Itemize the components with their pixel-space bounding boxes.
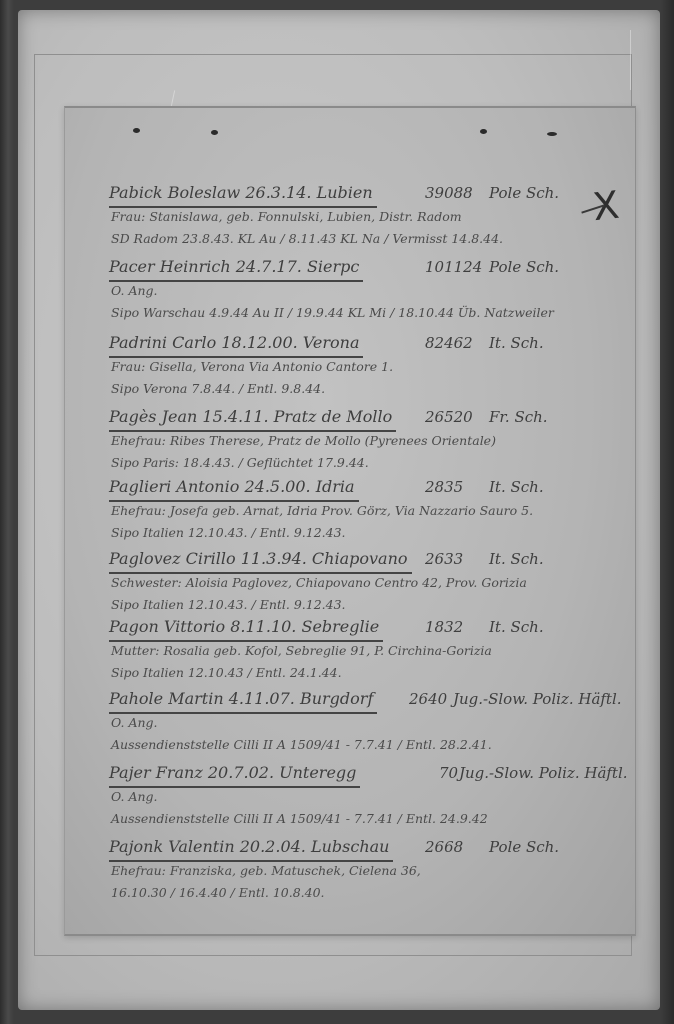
entry-category: It. Sch. [489, 330, 544, 356]
card-entry: Pajer Franz 20.7.02. Unteregg 70 Jug.-Sl… [109, 760, 619, 830]
punch-hole [133, 128, 140, 133]
card-entry: Pacer Heinrich 24.7.17. Sierpc 101124 Po… [109, 254, 619, 324]
entry-name-birth: Pagès Jean 15.4.11. Pratz de Mollo [109, 404, 396, 432]
entry-number: 2668 [425, 834, 463, 860]
punch-hole [480, 129, 487, 134]
entry-name: Pagon Vittorio [109, 617, 225, 636]
entry-category: Fr. Sch. [489, 404, 548, 430]
entry-detail-line: Frau: Stanislawa, geb. Fonnulski, Lubien… [109, 206, 619, 228]
card-entry: Pahole Martin 4.11.07. Burgdorf 2640 Jug… [109, 686, 619, 756]
entry-name: Pajonk Valentin [109, 837, 235, 856]
entry-number: 101124 [425, 254, 482, 280]
card-entry: Padrini Carlo 18.12.00. Verona 82462 It.… [109, 330, 619, 400]
entry-number: 82462 [425, 330, 473, 356]
entry-details: O. Ang.Aussendienststelle Cilli II A 150… [109, 786, 619, 830]
entry-detail-line: Sipo Paris: 18.4.43. / Geflüchtet 17.9.4… [109, 452, 619, 474]
entry-name-birth: Pagon Vittorio 8.11.10. Sebreglie [109, 614, 383, 642]
entry-details: Frau: Stanislawa, geb. Fonnulski, Lubien… [109, 206, 619, 250]
entry-header: Padrini Carlo 18.12.00. Verona 82462 It.… [109, 330, 619, 356]
entry-detail-line: O. Ang. [109, 280, 619, 302]
entry-details: O. Ang.Sipo Warschau 4.9.44 Au II / 19.9… [109, 280, 619, 324]
card-entry: Pajonk Valentin 20.2.04. Lubschau 2668 P… [109, 834, 619, 904]
entry-detail-line: SD Radom 23.8.43. KL Au / 8.11.43 KL Na … [109, 228, 619, 250]
entry-detail-line: Aussendienststelle Cilli II A 1509/41 - … [109, 808, 619, 830]
entry-birth: 20.7.02. Unteregg [208, 763, 357, 782]
microfilm-scan: X Pabick Boleslaw 26.3.14. Lubien 39088 … [0, 0, 674, 1024]
entry-name-birth: Pabick Boleslaw 26.3.14. Lubien [109, 180, 377, 208]
entry-detail-line: 16.10.30 / 16.4.40 / Entl. 10.8.40. [109, 882, 619, 904]
entry-name-birth: Pajer Franz 20.7.02. Unteregg [109, 760, 360, 788]
card-entry: Pabick Boleslaw 26.3.14. Lubien 39088 Po… [109, 180, 619, 250]
entry-details: Ehefrau: Franziska, geb. Matuschek, Ciel… [109, 860, 619, 904]
card-entry: Paglieri Antonio 24.5.00. Idria 2835 It.… [109, 474, 619, 544]
entry-category: Jug.-Slow. Poliz. Häftl. [453, 686, 622, 712]
entry-birth: 24.7.17. Sierpc [236, 257, 360, 276]
entry-number: 1832 [425, 614, 463, 640]
entry-detail-line: Sipo Italien 12.10.43. / Entl. 9.12.43. [109, 594, 619, 616]
entry-birth: 15.4.11. Pratz de Mollo [202, 407, 392, 426]
entry-details: Frau: Gisella, Verona Via Antonio Cantor… [109, 356, 619, 400]
entry-details: Schwester: Aloisia Paglovez, Chiapovano … [109, 572, 619, 616]
entry-name: Pagès Jean [109, 407, 197, 426]
entry-category: Pole Sch. [489, 834, 559, 860]
entry-header: Paglieri Antonio 24.5.00. Idria 2835 It.… [109, 474, 619, 500]
film-scratch [630, 30, 631, 90]
entry-number: 2633 [425, 546, 463, 572]
entry-name: Pajer Franz [109, 763, 203, 782]
entry-header: Pagès Jean 15.4.11. Pratz de Mollo 26520… [109, 404, 619, 430]
entry-category: It. Sch. [489, 546, 544, 572]
entry-detail-line: Ehefrau: Josefa geb. Arnat, Idria Prov. … [109, 500, 619, 522]
index-card: X Pabick Boleslaw 26.3.14. Lubien 39088 … [64, 106, 636, 936]
entry-name-birth: Pahole Martin 4.11.07. Burgdorf [109, 686, 377, 714]
entry-header: Pahole Martin 4.11.07. Burgdorf 2640 Jug… [109, 686, 619, 712]
entry-number: 39088 [425, 180, 473, 206]
entry-header: Pabick Boleslaw 26.3.14. Lubien 39088 Po… [109, 180, 619, 206]
card-entry: Paglovez Cirillo 11.3.94. Chiapovano 263… [109, 546, 619, 616]
entry-birth: 4.11.07. Burgdorf [229, 689, 374, 708]
entry-detail-line: Aussendienststelle Cilli II A 1509/41 - … [109, 734, 619, 756]
entry-category: It. Sch. [489, 474, 544, 500]
entry-details: Mutter: Rosalia geb. Kofol, Sebreglie 91… [109, 640, 619, 684]
entry-name-birth: Pacer Heinrich 24.7.17. Sierpc [109, 254, 363, 282]
card-entry: Pagès Jean 15.4.11. Pratz de Mollo 26520… [109, 404, 619, 474]
entry-number: 70 [439, 760, 458, 786]
entry-name: Paglovez Cirillo [109, 549, 236, 568]
entry-name: Pahole Martin [109, 689, 224, 708]
entry-category: Pole Sch. [489, 254, 559, 280]
entry-birth: 20.2.04. Lubschau [240, 837, 390, 856]
entry-name-birth: Paglovez Cirillo 11.3.94. Chiapovano [109, 546, 412, 574]
card-mount: X Pabick Boleslaw 26.3.14. Lubien 39088 … [18, 10, 660, 1010]
entry-category: Jug.-Slow. Poliz. Häftl. [459, 760, 628, 786]
entry-category: Pole Sch. [489, 180, 559, 206]
entry-detail-line: Schwester: Aloisia Paglovez, Chiapovano … [109, 572, 619, 594]
entry-detail-line: Sipo Italien 12.10.43. / Entl. 9.12.43. [109, 522, 619, 544]
entry-name-birth: Pajonk Valentin 20.2.04. Lubschau [109, 834, 393, 862]
card-entry: Pagon Vittorio 8.11.10. Sebreglie 1832 I… [109, 614, 619, 684]
entry-birth: 26.3.14. Lubien [245, 183, 372, 202]
entry-details: Ehefrau: Ribes Therese, Pratz de Mollo (… [109, 430, 619, 474]
entry-details: O. Ang.Aussendienststelle Cilli II A 150… [109, 712, 619, 756]
entry-detail-line: Ehefrau: Ribes Therese, Pratz de Mollo (… [109, 430, 619, 452]
entry-name: Padrini Carlo [109, 333, 216, 352]
entry-header: Pajonk Valentin 20.2.04. Lubschau 2668 P… [109, 834, 619, 860]
entry-number: 26520 [425, 404, 473, 430]
entry-detail-line: Sipo Italien 12.10.43 / Entl. 24.1.44. [109, 662, 619, 684]
entry-detail-line: Ehefrau: Franziska, geb. Matuschek, Ciel… [109, 860, 619, 882]
entry-number: 2640 [409, 686, 447, 712]
entry-header: Paglovez Cirillo 11.3.94. Chiapovano 263… [109, 546, 619, 572]
entry-detail-line: O. Ang. [109, 712, 619, 734]
entry-details: Ehefrau: Josefa geb. Arnat, Idria Prov. … [109, 500, 619, 544]
entry-detail-line: Mutter: Rosalia geb. Kofol, Sebreglie 91… [109, 640, 619, 662]
entry-name: Pabick Boleslaw [109, 183, 240, 202]
entry-header: Pagon Vittorio 8.11.10. Sebreglie 1832 I… [109, 614, 619, 640]
entry-name: Pacer Heinrich [109, 257, 231, 276]
entry-name-birth: Padrini Carlo 18.12.00. Verona [109, 330, 363, 358]
entry-detail-line: Sipo Verona 7.8.44. / Entl. 9.8.44. [109, 378, 619, 400]
punch-hole [547, 132, 557, 136]
entry-detail-line: O. Ang. [109, 786, 619, 808]
entry-birth: 8.11.10. Sebreglie [230, 617, 379, 636]
entry-header: Pacer Heinrich 24.7.17. Sierpc 101124 Po… [109, 254, 619, 280]
punch-hole [211, 130, 218, 135]
entry-name: Paglieri Antonio [109, 477, 239, 496]
entry-birth: 24.5.00. Idria [244, 477, 354, 496]
entry-detail-line: Frau: Gisella, Verona Via Antonio Cantor… [109, 356, 619, 378]
entry-detail-line: Sipo Warschau 4.9.44 Au II / 19.9.44 KL … [109, 302, 619, 324]
entry-category: It. Sch. [489, 614, 544, 640]
entry-birth: 18.12.00. Verona [221, 333, 359, 352]
entry-name-birth: Paglieri Antonio 24.5.00. Idria [109, 474, 359, 502]
entry-number: 2835 [425, 474, 463, 500]
entry-birth: 11.3.94. Chiapovano [241, 549, 408, 568]
entry-header: Pajer Franz 20.7.02. Unteregg 70 Jug.-Sl… [109, 760, 619, 786]
